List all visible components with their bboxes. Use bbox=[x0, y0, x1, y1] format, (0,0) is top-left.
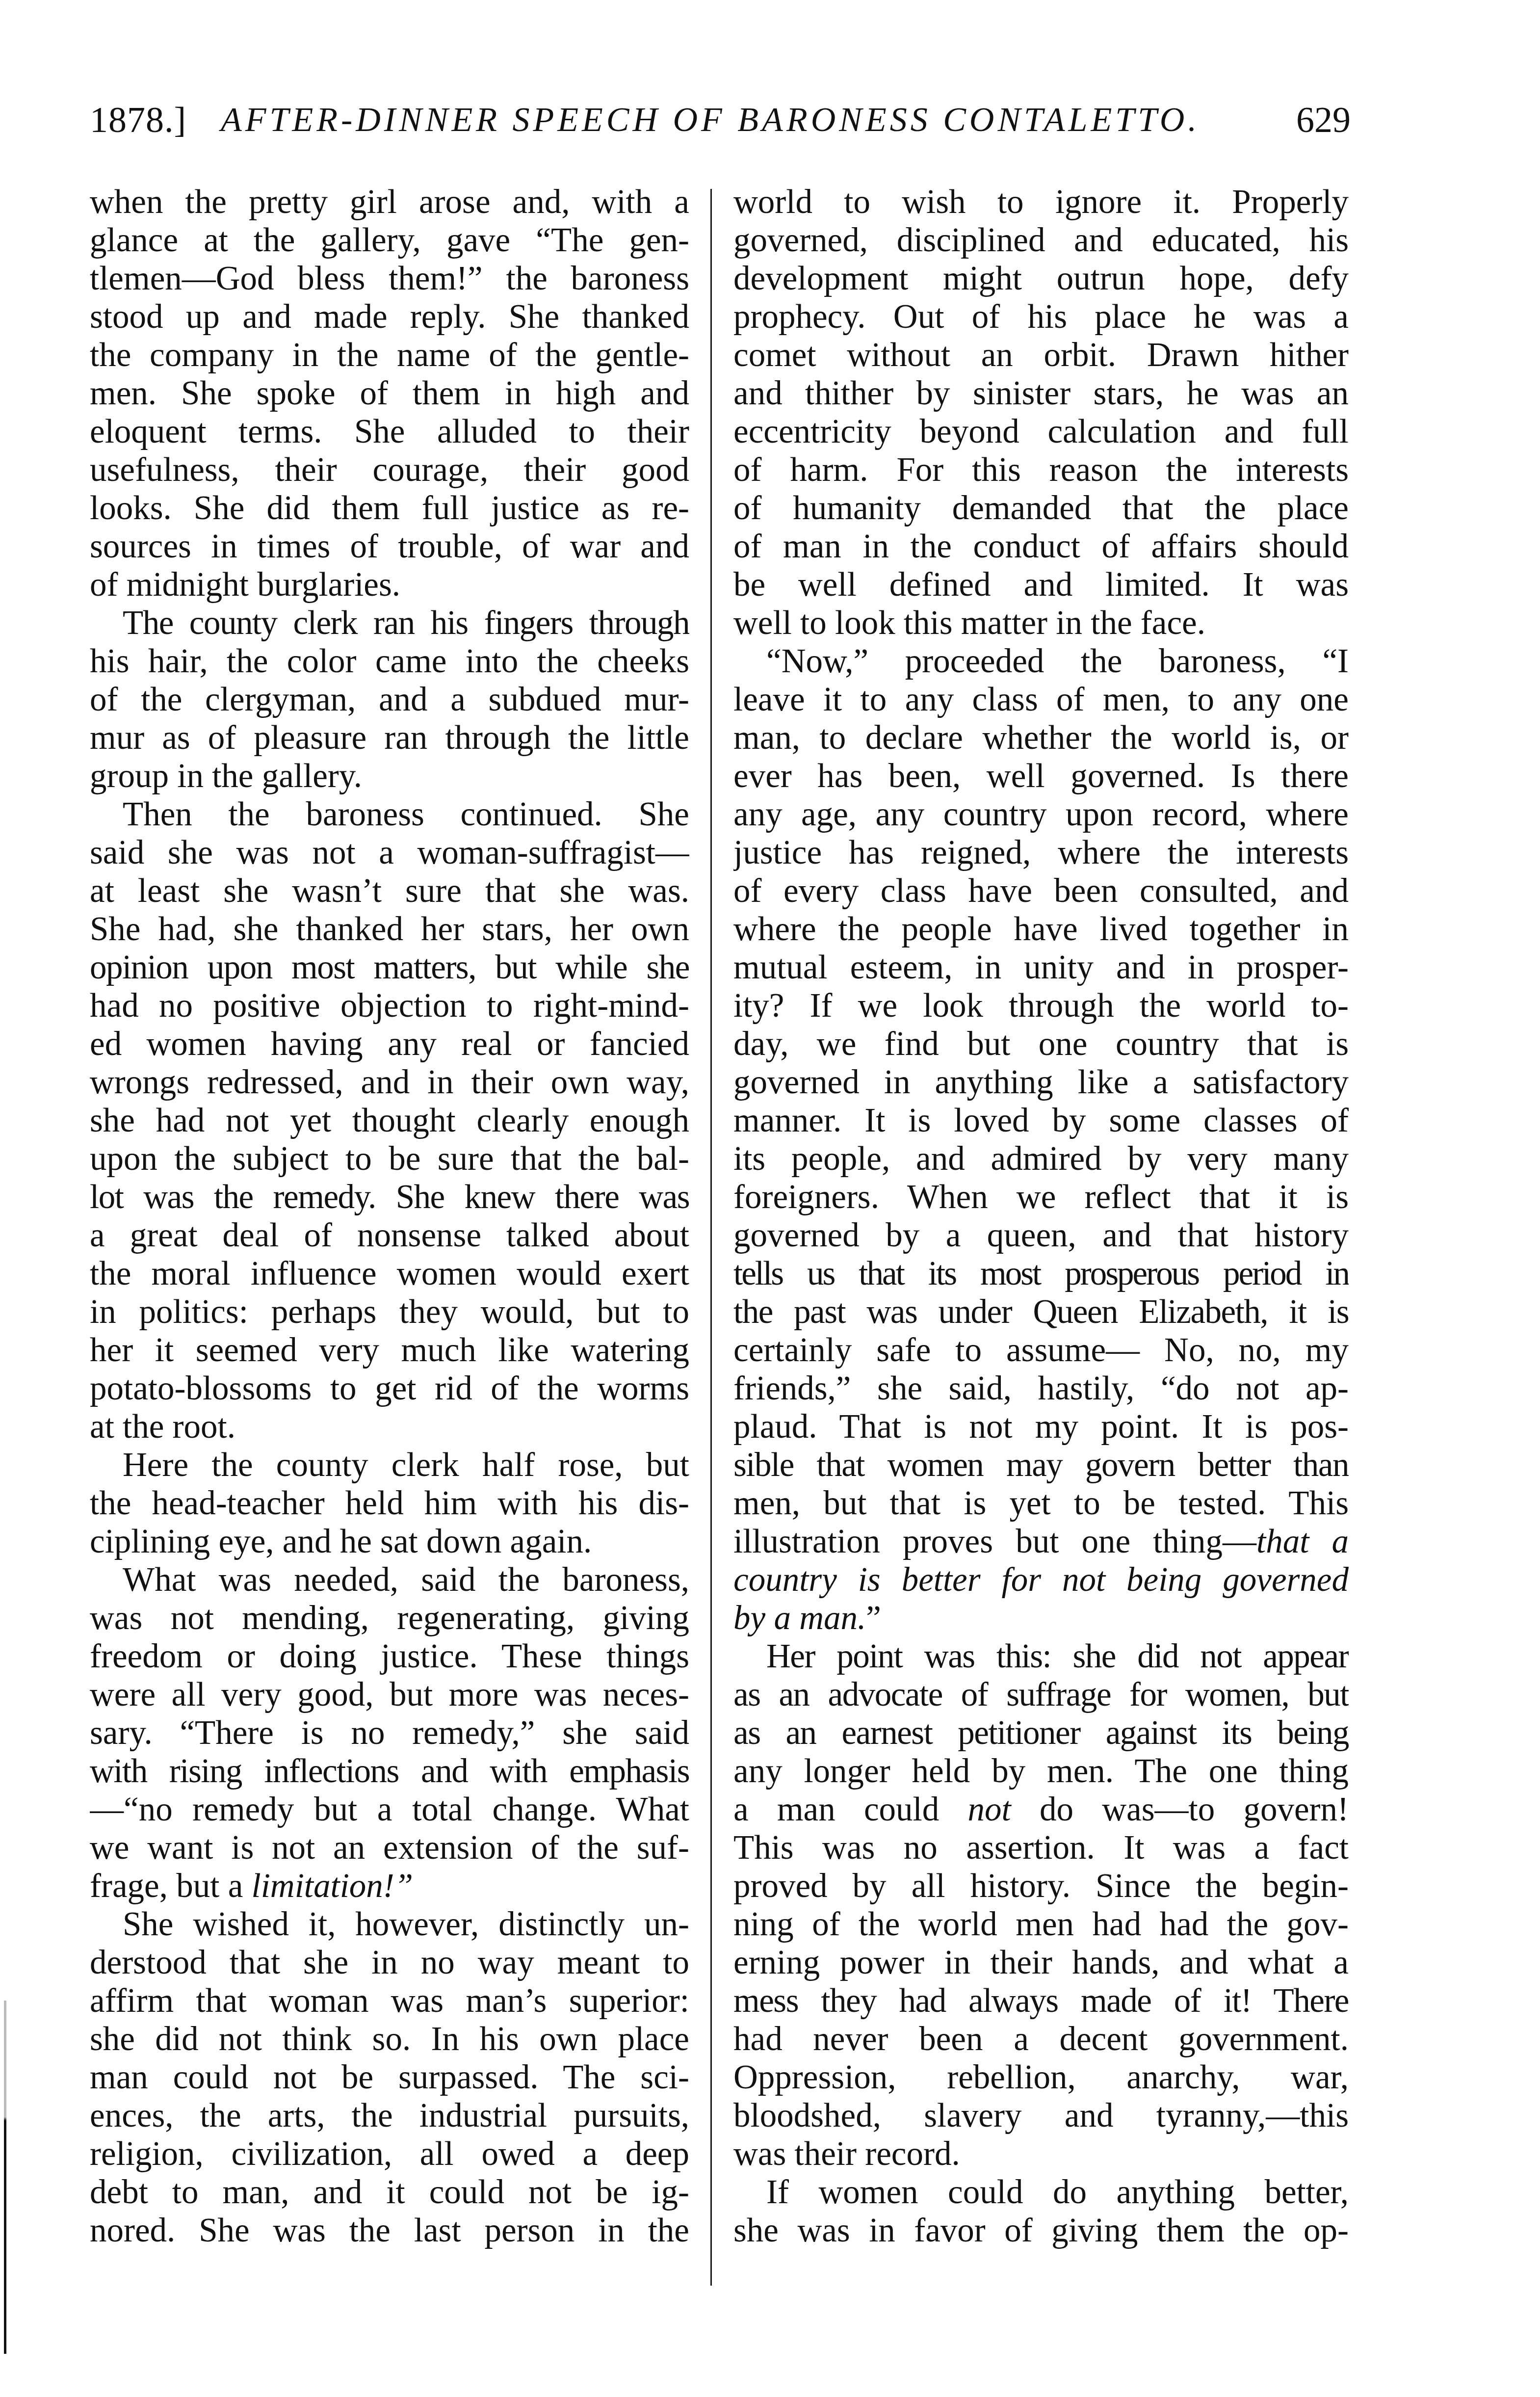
text-line: upon the subject to be sure that the bal… bbox=[90, 1139, 689, 1178]
text-line: as an earnest petitioner against its bei… bbox=[733, 1713, 1349, 1752]
text-line: she had not yet thought clearly enough bbox=[90, 1101, 689, 1139]
text-line: we want is not an extension of the suf- bbox=[90, 1828, 689, 1867]
text-line: freedom or doing justice. These things bbox=[90, 1637, 689, 1675]
text-line: usefulness, their courage, their good bbox=[90, 450, 689, 489]
text-line: a man could not do was—to govern! bbox=[733, 1790, 1349, 1828]
text-line: leave it to any class of men, to any one bbox=[733, 680, 1349, 718]
text-line: of harm. For this reason the interests bbox=[733, 450, 1349, 489]
text-line: ning of the world men had had the gov- bbox=[733, 1905, 1349, 1943]
text-line: any longer held by men. The one thing bbox=[733, 1752, 1349, 1790]
paragraph-start-line: Her point was this: she did not appear bbox=[733, 1637, 1349, 1675]
text-line: This was no assertion. It was a fact bbox=[733, 1828, 1349, 1867]
text-line: man, to declare whether the world is, or bbox=[733, 718, 1349, 757]
text-line: men, but that is yet to be tested. This bbox=[733, 1484, 1349, 1522]
text-line: she did not think so. In his own place bbox=[90, 2020, 689, 2058]
text-line: by a man.” bbox=[733, 1599, 1349, 1637]
text-line: the company in the name of the gentle- bbox=[90, 336, 689, 374]
text-line: the head-teacher held him with his dis- bbox=[90, 1484, 689, 1522]
text-line: was their record. bbox=[733, 2134, 1349, 2173]
text-line: world to wish to ignore it. Properly bbox=[733, 183, 1349, 221]
italic-emphasis: by a man. bbox=[733, 1599, 866, 1636]
italic-emphasis: limitation!” bbox=[252, 1867, 414, 1904]
text-line: day, we find but one country that is bbox=[733, 1025, 1349, 1063]
header-year: 1878.] bbox=[90, 101, 186, 140]
text-line: men. She spoke of them in high and bbox=[90, 374, 689, 412]
text-line: wrongs redressed, and in their own way, bbox=[90, 1063, 689, 1101]
text-line: its people, and admired by very many bbox=[733, 1139, 1349, 1178]
text-line: ences, the arts, the industrial pursuits… bbox=[90, 2096, 689, 2134]
text-line: when the pretty girl arose and, with a bbox=[90, 183, 689, 221]
text-line: development might outrun hope, defy bbox=[733, 259, 1349, 297]
text-line: nored. She was the last person in the bbox=[90, 2211, 689, 2249]
text-line: ever has been, well governed. Is there bbox=[733, 757, 1349, 795]
page-number: 629 bbox=[1296, 101, 1351, 140]
text-line: manner. It is loved by some classes of bbox=[733, 1101, 1349, 1139]
column-divider bbox=[710, 189, 712, 2286]
paragraph-start-line: If women could do anything better, bbox=[733, 2173, 1349, 2211]
text-line: had never been a decent government. bbox=[733, 2020, 1349, 2058]
text-line: potato-blossoms to get rid of the worms bbox=[90, 1369, 689, 1407]
text-line: debt to man, and it could not be ig- bbox=[90, 2173, 689, 2211]
text-line: a great deal of nonsense talked about bbox=[90, 1216, 689, 1254]
text-line: of the clergyman, and a subdued mur- bbox=[90, 680, 689, 718]
text-line: well to look this matter in the face. bbox=[733, 604, 1349, 642]
left-column: when the pretty girl arose and, with a g… bbox=[90, 183, 689, 2249]
paragraph-start-line: Then the baroness continued. She bbox=[90, 795, 689, 833]
text-line: looks. She did them full justice as re- bbox=[90, 489, 689, 527]
text-line: She had, she thanked her stars, her own bbox=[90, 910, 689, 948]
italic-emphasis: not bbox=[968, 1791, 1011, 1828]
italic-emphasis: that a bbox=[1256, 1523, 1349, 1560]
text-line: ity? If we look through the world to- bbox=[733, 986, 1349, 1025]
text-line: mutual esteem, in unity and in prosper- bbox=[733, 948, 1349, 986]
text-line: as an advocate of suffrage for women, bu… bbox=[733, 1675, 1349, 1713]
text-line: tells us that its most prosperous period… bbox=[733, 1254, 1349, 1292]
running-header: 1878.] AFTER-DINNER SPEECH OF BARONESS C… bbox=[90, 101, 1351, 145]
text-line: religion, civilization, all owed a deep bbox=[90, 2134, 689, 2173]
text-line: sible that women may govern better than bbox=[733, 1446, 1349, 1484]
text-line: plaud. That is not my point. It is pos- bbox=[733, 1407, 1349, 1446]
text-line: governed, disciplined and educated, his bbox=[733, 221, 1349, 259]
text-line: the moral influence women would exert bbox=[90, 1254, 689, 1292]
paragraph-start-line: Here the county clerk half rose, but bbox=[90, 1446, 689, 1484]
text-line: Oppression, rebellion, anarchy, war, bbox=[733, 2058, 1349, 2096]
text-line: ciplining eye, and he sat down again. bbox=[90, 1522, 689, 1560]
text-line: lot was the remedy. She knew there was bbox=[90, 1178, 689, 1216]
text-fragment: frage, but a bbox=[90, 1867, 252, 1904]
text-line: group in the gallery. bbox=[90, 757, 689, 795]
text-line: certainly safe to assume— No, no, my bbox=[733, 1331, 1349, 1369]
text-line: at the root. bbox=[90, 1407, 689, 1446]
text-fragment: a man could bbox=[733, 1791, 968, 1828]
text-line: in politics: perhaps they would, but to bbox=[90, 1292, 689, 1331]
text-line: sary. “There is no remedy,” she said bbox=[90, 1713, 689, 1752]
text-line: with rising inflections and with emphasi… bbox=[90, 1752, 689, 1790]
text-line: affirm that woman was man’s superior: bbox=[90, 1981, 689, 2020]
text-line: governed in anything like a satisfactory bbox=[733, 1063, 1349, 1101]
italic-line: country is better for not being governed bbox=[733, 1560, 1349, 1599]
text-line: said she was not a woman-suffragist— bbox=[90, 833, 689, 871]
paragraph-start-line: What was needed, said the baroness, bbox=[90, 1560, 689, 1599]
text-line: any age, any country upon record, where bbox=[733, 795, 1349, 833]
closing-quote: ” bbox=[866, 1599, 881, 1636]
text-line: friends,” she said, hastily, “do not ap- bbox=[733, 1369, 1349, 1407]
text-fragment: illustration proves but one thing— bbox=[733, 1523, 1256, 1560]
text-line: where the people have lived together in bbox=[733, 910, 1349, 948]
text-line: foreigners. When we reflect that it is bbox=[733, 1178, 1349, 1216]
text-line: opinion upon most matters, but while she bbox=[90, 948, 689, 986]
text-line: mur as of pleasure ran through the littl… bbox=[90, 718, 689, 757]
text-line: governed by a queen, and that history bbox=[733, 1216, 1349, 1254]
text-line: eccentricity beyond calculation and full bbox=[733, 412, 1349, 450]
text-line: of every class have been consulted, and bbox=[733, 871, 1349, 910]
text-line: of humanity demanded that the place bbox=[733, 489, 1349, 527]
text-line: his hair, the color came into the cheeks bbox=[90, 642, 689, 680]
text-line: and thither by sinister stars, he was an bbox=[733, 374, 1349, 412]
text-line: erning power in their hands, and what a bbox=[733, 1943, 1349, 1981]
header-title: AFTER-DINNER SPEECH OF BARONESS CONTALET… bbox=[221, 101, 1217, 140]
text-line: —“no remedy but a total change. What bbox=[90, 1790, 689, 1828]
text-line: eloquent terms. She alluded to their bbox=[90, 412, 689, 450]
text-line: justice has reigned, where the interests bbox=[733, 833, 1349, 871]
text-fragment: do was—to govern! bbox=[1011, 1791, 1349, 1828]
text-line: be well defined and limited. It was bbox=[733, 565, 1349, 604]
scan-edge-mark bbox=[4, 2001, 6, 2354]
text-line: were all very good, but more was neces- bbox=[90, 1675, 689, 1713]
text-line: at least she wasn’t sure that she was. bbox=[90, 871, 689, 910]
text-line: illustration proves but one thing—that a bbox=[733, 1522, 1349, 1560]
text-line: of man in the conduct of affairs should bbox=[733, 527, 1349, 565]
text-line: prophecy. Out of his place he was a bbox=[733, 297, 1349, 336]
paragraph-start-line: The county clerk ran his fingers through bbox=[90, 604, 689, 642]
text-line: ed women having any real or fancied bbox=[90, 1025, 689, 1063]
text-line: bloodshed, slavery and tyranny,—this bbox=[733, 2096, 1349, 2134]
text-line: sources in times of trouble, of war and bbox=[90, 527, 689, 565]
text-line: had no positive objection to right-mind- bbox=[90, 986, 689, 1025]
text-line: frage, but a limitation!” bbox=[90, 1867, 689, 1905]
text-line: man could not be surpassed. The sci- bbox=[90, 2058, 689, 2096]
text-line: her it seemed very much like watering bbox=[90, 1331, 689, 1369]
right-column: world to wish to ignore it. Properly gov… bbox=[733, 183, 1349, 2249]
text-line: she was in favor of giving them the op- bbox=[733, 2211, 1349, 2249]
text-line: the past was under Queen Elizabeth, it i… bbox=[733, 1292, 1349, 1331]
text-line: tlemen—God bless them!” the baroness bbox=[90, 259, 689, 297]
paragraph-start-line: She wished it, however, distinctly un- bbox=[90, 1905, 689, 1943]
text-line: proved by all history. Since the begin- bbox=[733, 1867, 1349, 1905]
text-line: glance at the gallery, gave “The gen- bbox=[90, 221, 689, 259]
text-line: of midnight burglaries. bbox=[90, 565, 689, 604]
text-line: derstood that she in no way meant to bbox=[90, 1943, 689, 1981]
paragraph-start-line: “Now,” proceeded the baroness, “I bbox=[733, 642, 1349, 680]
text-line: was not mending, regenerating, giving bbox=[90, 1599, 689, 1637]
text-line: comet without an orbit. Drawn hither bbox=[733, 336, 1349, 374]
text-line: stood up and made reply. She thanked bbox=[90, 297, 689, 336]
text-line: mess they had always made of it! There bbox=[733, 1981, 1349, 2020]
